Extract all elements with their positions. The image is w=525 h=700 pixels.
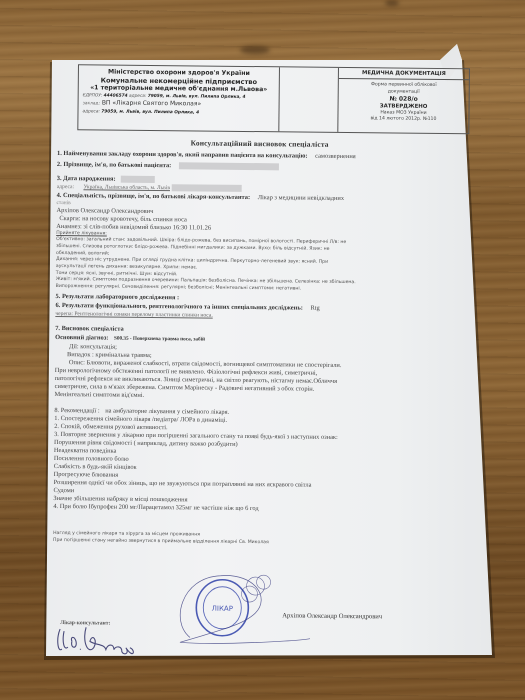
facility-value: ВП «Лікарня Святого Миколая» (102, 99, 201, 107)
address-label: адреса: (129, 94, 146, 99)
header-spacer-cell (279, 67, 339, 132)
facility-address-line: адреса: 79059, м. Львів, вул. Пилипа Орл… (82, 108, 274, 117)
document-header: Міністерство охорони здоров'я України Ко… (77, 64, 470, 134)
edrpou-value: 44406574 (104, 93, 128, 98)
address-label: адреса: (57, 184, 74, 190)
item3-label: 3. Дата народження: (57, 175, 116, 183)
document-title: Консультаційний висновок спеціаліста (57, 137, 462, 150)
item6-value: Rtg (310, 304, 319, 311)
facility-label: заклад: (83, 101, 100, 106)
address-value: Україна, Львівська область, м. Львів (83, 184, 170, 191)
consultation-document: Міністерство охорони здоров'я України Ко… (53, 64, 463, 548)
signer-name: Архіпов Олександр Олександрович (282, 612, 382, 620)
handwritten-signature (54, 619, 164, 660)
item8-label: 8. Рекомендації : (54, 407, 99, 414)
item5-label: 5. Результати лабораторного дослідження … (56, 293, 180, 301)
diagnosis-value: S00.35 - Поверхнева травма носа, забій (114, 335, 205, 342)
facility-address-value: 79059, м. Львів, вул. Пилипа Орлика, 4 (101, 109, 199, 115)
redacted-patient-name (179, 162, 279, 170)
item1-value: самозвернення (315, 153, 356, 160)
recommendations-list: 1. Спостереження сімейного лікаря /педіа… (53, 415, 459, 515)
medical-documentation-title: МЕДИЧНА ДОКУМЕНТАЦІЯ (339, 68, 469, 80)
item4-value: Лікар з медицини невідкладних (258, 194, 344, 202)
wood-knot (385, 0, 399, 6)
description: Опис: Блювоти, вираженої слабкості, втра… (54, 359, 459, 403)
facility-address-label: адреса: (82, 109, 99, 114)
svg-text:ЛІКАР: ЛІКАР (212, 605, 233, 613)
redacted-address (171, 184, 241, 192)
item4-label: 4. Спеціальність, прізвище, ім'я, по бат… (57, 192, 251, 201)
edrpou-label: ЄДРПОУ: (83, 93, 103, 98)
address-value: 79059, м. Львів, вул. Пилипа Орлика, 4 (148, 94, 246, 100)
objective-exam: Об'єктивно: загальний стан: задовільний.… (56, 237, 462, 295)
anamnesis-text: Анамнез: зі слів-побив невідомий близько (56, 222, 171, 230)
anamnesis-time: 16:30 11.01.26 (173, 224, 211, 231)
redacted-birth-date (121, 176, 155, 183)
item2-label: 2. Прізвище, ім'я, по батькові пацієнта: (57, 161, 171, 169)
item8-value: на амбулаторне лікування у сімейного лік… (105, 407, 229, 415)
institution-block: Міністерство охорони здоров'я України Ко… (78, 65, 280, 131)
item1-label: 1. Найменування закладу охорони здоров'я… (57, 150, 308, 160)
wood-knot (240, 46, 270, 54)
form-info-block: МЕДИЧНА ДОКУМЕНТАЦІЯ Форма первинної обл… (338, 68, 469, 133)
diagnosis-label: Основний діагноз: (55, 334, 108, 342)
item7-label: 7. Висновок спеціаліста (55, 325, 124, 333)
patient-name-row: 2. Прізвище, ім'я, по батькові пацієнта: (57, 160, 462, 173)
order-date-line: від 14 лютого 2012р. №110 (338, 116, 468, 124)
